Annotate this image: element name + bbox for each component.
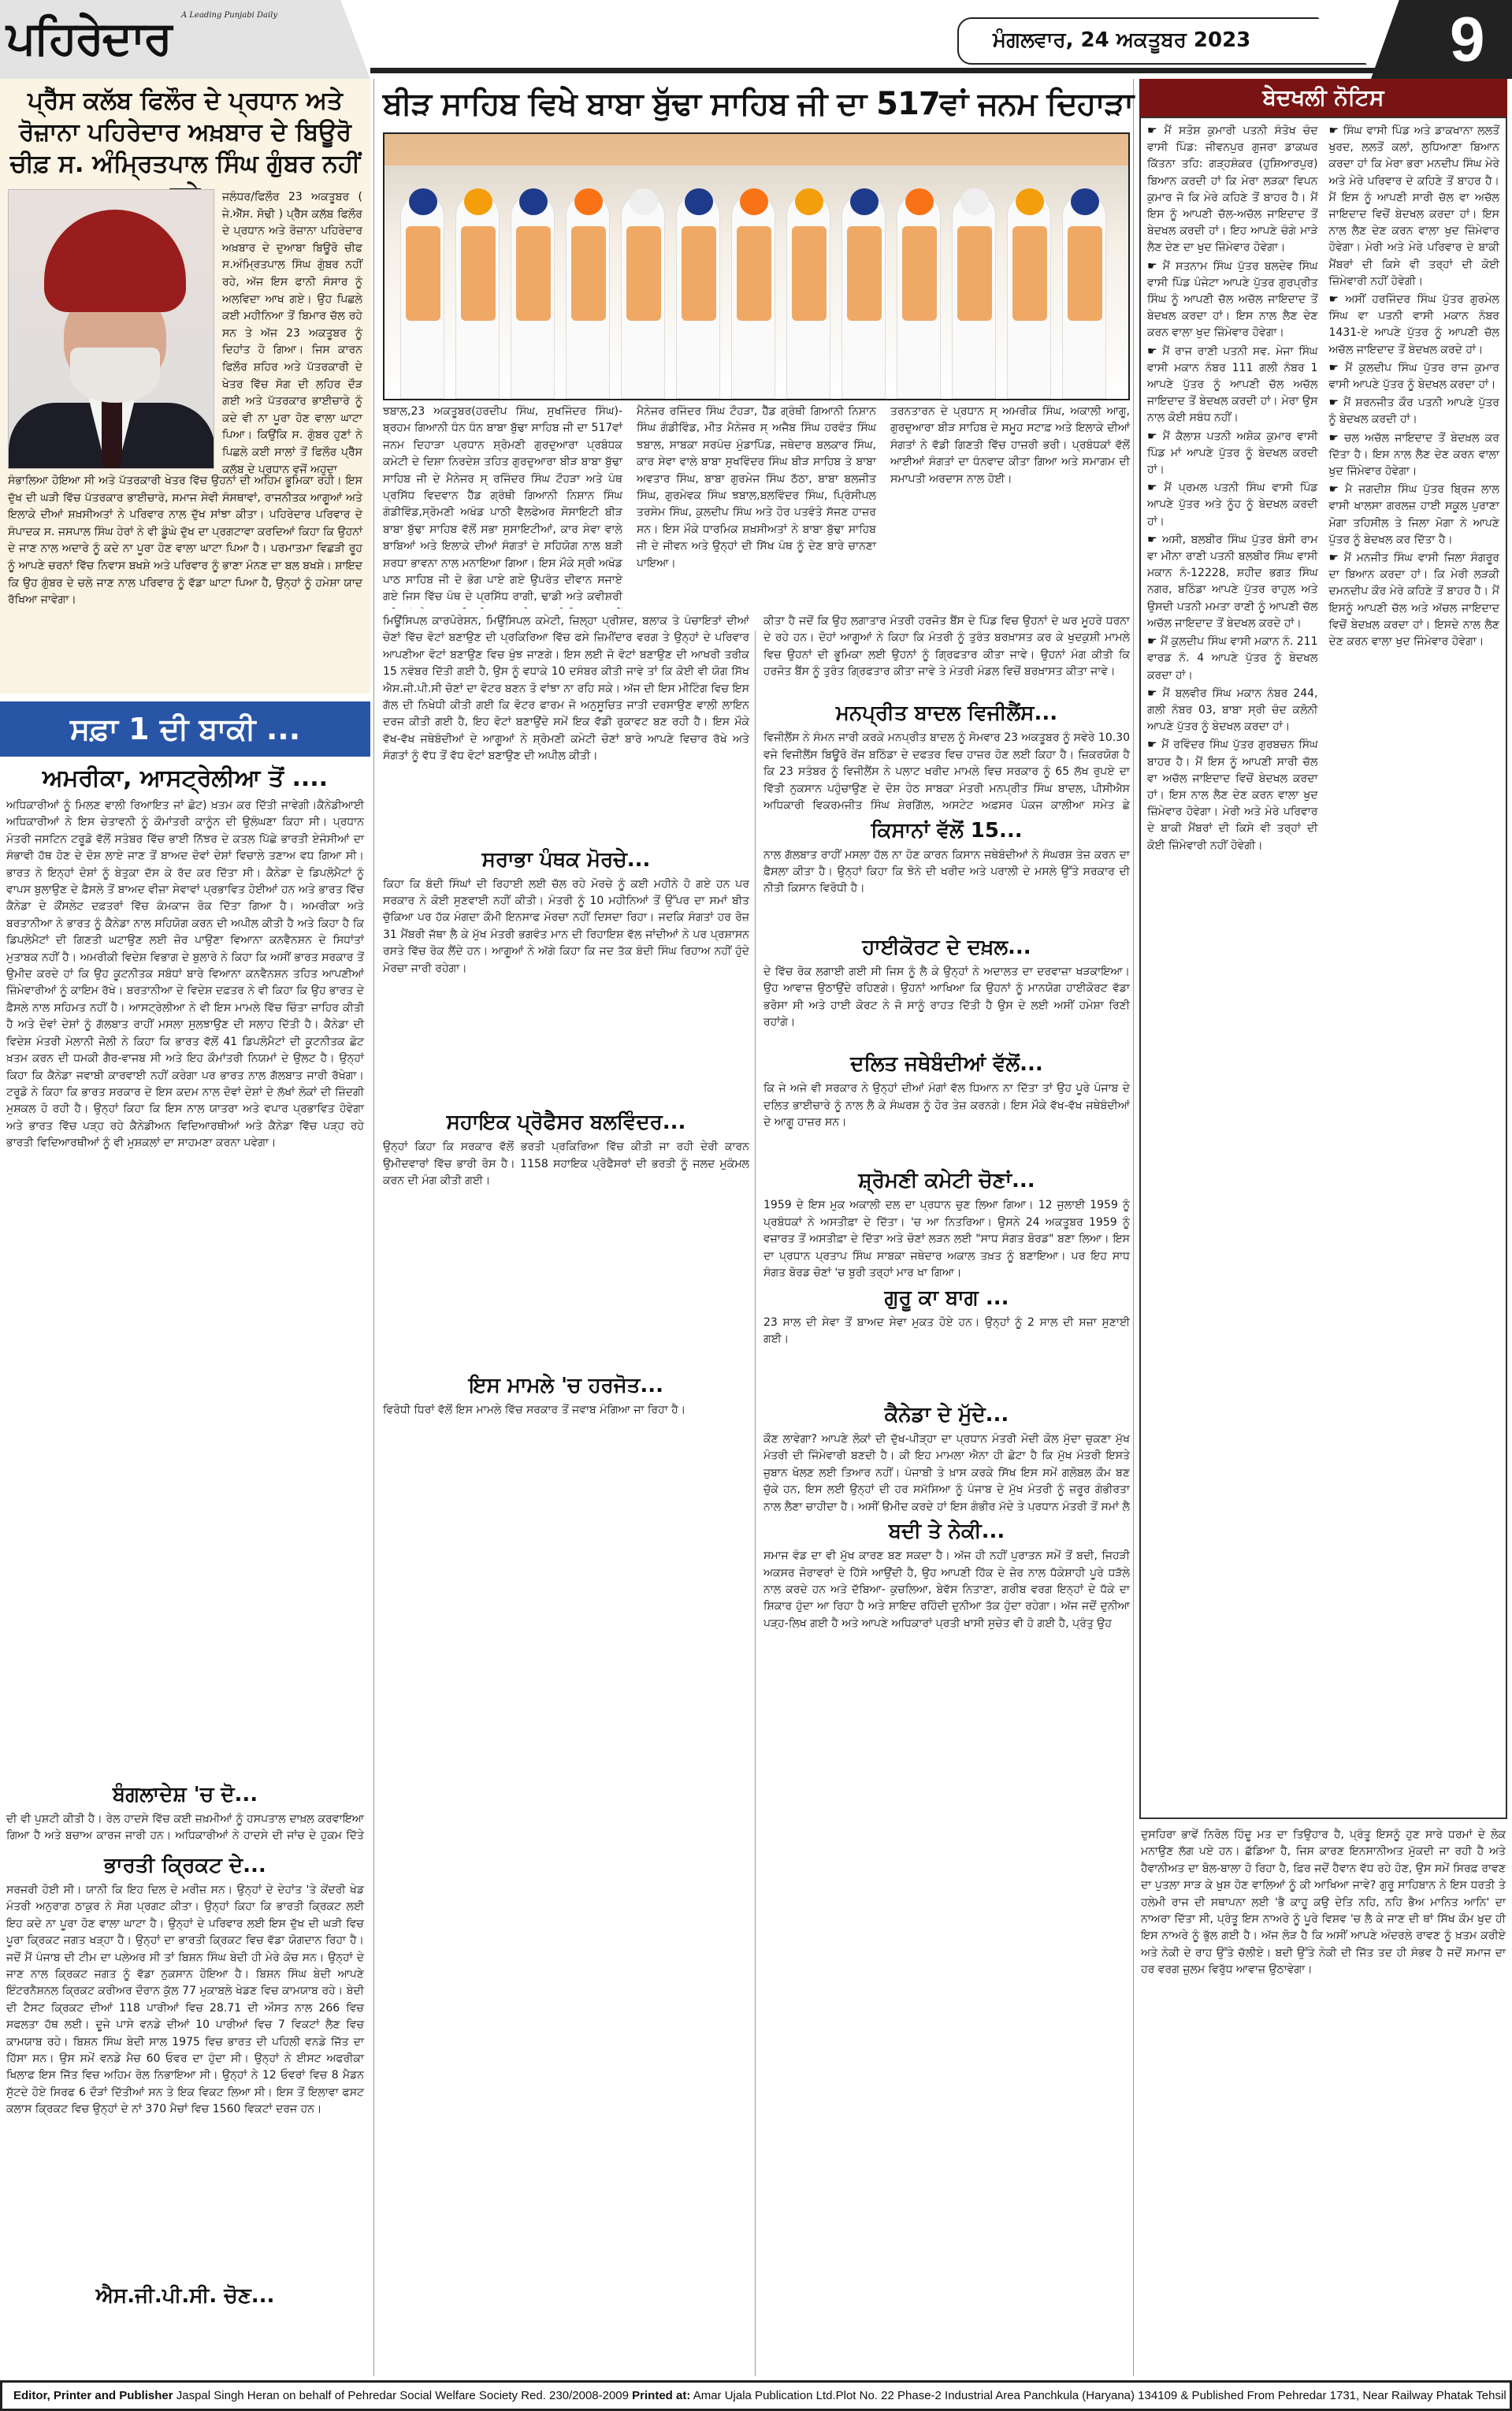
imprint-footer: Editor, Printer and Publisher Jaspal Sin… [0,2380,1512,2411]
notice-item: ਅਸੀ, ਬਲਬੀਰ ਸਿੰਘ ਪੁੱਤਰ ਬੰਸੀ ਰਾਮ ਵਾ ਮੀਨਾ ਰ… [1147,532,1318,632]
lead-body: ਝਬਾਲ,23 ਅਕਤੂਬਰ(ਹਰਦੀਪ ਸਿੰਘ, ਸੁਖਜਿੰਦਰ ਸਿੰਘ… [378,404,1135,608]
lead-body-col1: ਝਬਾਲ,23 ਅਕਤੂਬਰ(ਹਰਦੀਪ ਸਿੰਘ, ਸੁਖਜਿੰਦਰ ਸਿੰਘ… [383,404,622,608]
section-body: ਕਿਹਾ ਕਿ ਬੰਦੀ ਸਿੰਘਾਂ ਦੀ ਰਿਹਾਈ ਲਈ ਚੱਲ ਰਹੇ … [383,876,749,1103]
notices-heading: ਬੇਦਖਲੀ ਨੋਟਿਸ [1139,79,1507,117]
column-divider [373,79,374,2376]
section-body: 1959 ਦੇ ਇਸ ਮੁਕ ਅਕਾਲੀ ਦਲ ਦਾ ਪ੍ਰਧਾਨ ਚੁਣ ਲਿ… [763,1197,1130,1278]
footer-text: Amar Ujala Publication Ltd.Plot No. 22 P… [693,2389,1512,2402]
left-column: ਪ੍ਰੈੱਸ ਕਲੱਬ ਫਿਲੌਰ ਦੇ ਪ੍ਰਧਾਨ ਅਤੇ ਰੋਜ਼ਾਨਾ … [0,79,370,2312]
footer-text: Jaspal Singh Heran on behalf of Pehredar… [176,2389,629,2402]
notice-item: ਮੈਂ ਕੈਲਾਸ਼ ਪਤਨੀ ਅਸ਼ੋਕ ਕੁਮਾਰ ਵਾਸੀ ਪਿੰਡ ਮਾ… [1147,429,1318,479]
section-heading[interactable]: ਬਦੀ ਤੇ ਨੇਕੀ... [763,1516,1130,1546]
notice-item: ਮੈਂ ਪ੍ਰਮਲ ਪਤਨੀ ਸਿੰਘ ਵਾਸੀ ਪਿੰਡ ਆਪਣੇ ਪੁੱਤਰ… [1147,480,1318,530]
section-heading[interactable]: ਸਹਾਇਕ ਪ੍ਰੋਫੈਸਰ ਬਲਵਿੰਦਰ... [383,1107,749,1137]
continued-story: ਅਮਰੀਕਾ, ਆਸਟ੍ਰੇਲੀਆ ਤੋਂ .... ਅਧਿਕਾਰੀਆਂ ਨੂੰ… [0,761,370,1775]
continued-story: ਬੰਗਲਾਦੇਸ਼ 'ਚ ਦੋ... ਦੀ ਵੀ ਪੁਸ਼ਟੀ ਕੀਤੀ ਹੈ।… [0,1780,370,1846]
section-heading[interactable]: ਮਨਪ੍ਰੀਤ ਬਾਦਲ ਵਿਜੀਲੈਂਸ... [763,698,1130,728]
page-number: 9 [1450,3,1485,76]
lead-body-col2: ਮੈਨੇਜਰ ਰਜਿੰਦਰ ਸਿੰਘ ਟੌਹੜਾ, ਹੈੱਡ ਗ੍ਰੰਥੀ ਗਿ… [637,404,876,608]
section-body: ਕਿ ਜੇ ਅਜੇ ਵੀ ਸਰਕਾਰ ਨੇ ਉਨ੍ਹਾਂ ਦੀਆਂ ਮੰਗਾਂ … [763,1081,1130,1161]
section-body: ਉਨ੍ਹਾਂ ਕਿਹਾ ਕਿ ਸਰਕਾਰ ਵੱਲੋਂ ਭਰਤੀ ਪ੍ਰਕਿਰਿਆ… [383,1139,749,1366]
notice-item: ਮੈਂ ਰਾਜ ਰਾਣੀ ਪਤਨੀ ਸਵ. ਮੇਜਾ ਸਿੰਘ ਵਾਸੀ ਮਕਾ… [1147,344,1318,427]
section-body: ਦੇ ਵਿੱਚ ਰੋਕ ਲਗਾਈ ਗਈ ਸੀ ਜਿਸ ਨੂੰ ਲੈ ਕੇ ਉਨ੍… [763,964,1130,1044]
continued-story: ਐਸ.ਜੀ.ਪੀ.ਸੀ. ਚੋਣ... [0,2281,370,2311]
masthead-rule [370,68,1410,73]
section-body: ਦੀ ਵੀ ਪੁਸ਼ਟੀ ਕੀਤੀ ਹੈ। ਰੇਲ ਹਾਦਸੇ ਵਿੱਚ ਕਈ … [0,1811,370,1846]
section-heading[interactable]: ਸਰਾਭਾ ਪੰਥਕ ਮੋਰਚੇ... [383,845,749,875]
section-body: ਵਿਜੀਲੈਂਸ ਨੇ ਸੰਮਨ ਜਾਰੀ ਕਰਕੇ ਮਨਪ੍ਰੀਤ ਬਾਦਲ … [763,730,1130,810]
notice-item: ਅਸੀਂ ਹਰਜਿੰਦਰ ਸਿੰਘ ਪੁੱਤਰ ਗੁਰਮੇਲ ਸਿੰਘ ਵਾ ਪ… [1329,292,1500,359]
notices-box: ਮੈਂ ਸਤੋਸ਼ ਕੁਮਾਰੀ ਪਤਨੀ ਸੰਤੋਖ ਚੰਦ ਵਾਸੀ ਪਿੰ… [1139,117,1507,1819]
lead-body-col3: ਤਰਨਤਾਰਨ ਦੇ ਪ੍ਰਧਾਨ ਸ੍ ਅਮਰੀਕ ਸਿੰਘ, ਅਕਾਲੀ ਆ… [890,404,1130,608]
section-heading[interactable]: ਬੰਗਲਾਦੇਸ਼ 'ਚ ਦੋ... [0,1780,370,1810]
notice-item: ਮੈਂ ਕੁਲਦੀਪ ਸਿੰਘ ਪੁੱਤਰ ਰਾਜ ਕੁਮਾਰ ਵਾਸੀ ਆਪਣ… [1329,360,1500,393]
section-heading[interactable]: ਐਸ.ਜੀ.ਪੀ.ਸੀ. ਚੋਣ... [0,2281,370,2311]
notice-item: ਮੈਂ ਸਤੋਸ਼ ਕੁਮਾਰੀ ਪਤਨੀ ਸੰਤੋਖ ਚੰਦ ਵਾਸੀ ਪਿੰ… [1147,123,1318,257]
section-body: ਸਮਾਜ ਵੰਡ ਦਾ ਵੀ ਮੁੱਖ ਕਾਰਣ ਬਣ ਸਕਦਾ ਹੈ। ਅੱਜ… [763,1548,1130,1628]
notice-item: ਮੈਂ ਰਵਿੰਦਰ ਸਿੰਘ ਪੁੱਤਰ ਗੁਰਬਚਨ ਸਿੰਘ ਬਾਹਰ ਹ… [1147,737,1318,854]
notice-item: ਮੈ ਜਗਦੀਸ਼ ਸਿੰਘ ਪੁੱਤਰ ਬ੍ਰਿਜ ਲਾਲ ਵਾਸੀ ਖਾਲਸ… [1329,482,1500,549]
section-heading[interactable]: ਦਲਿਤ ਜਥੇਬੰਦੀਆਂ ਵੱਲੋਂ... [763,1049,1130,1079]
notices-column: ਬੇਦਖਲੀ ਨੋਟਿਸ ਮੈਂ ਸਤੋਸ਼ ਕੁਮਾਰੀ ਪਤਨੀ ਸੰਤੋਖ… [1135,79,1512,2363]
footer-label: Printed at: [632,2389,690,2402]
masthead: ਪਹਿਰੇਦਾਰ A Leading Punjabi Daily ਮੰਗਲਵਾਰ… [0,0,1512,79]
obituary-body-continued: ਸੰਭਾਲਿਆ ਹੋਇਆ ਸੀ ਅਤੇ ਪੱਤਰਕਾਰੀ ਖੇਤਰ ਵਿੱਚ ਉ… [8,473,362,609]
notice-item: ਮੈਂ ਸਤਨਾਮ ਸਿੰਘ ਪੁੱਤਰ ਬਲਦੇਵ ਸਿੰਘ ਵਾਸੀ ਪਿੰ… [1147,259,1318,342]
section-heading[interactable]: ਇਸ ਮਾਮਲੇ 'ਚ ਹਰਜੋਤ... [383,1371,749,1401]
center-left-subcolumn: ਮਿਊਂਸਿਪਲ ਕਾਰਪੋਰੇਸ਼ਨ, ਮਿਉਂਸਿਪਲ ਕਮੇਟੀ, ਜ਼ਿ… [383,613,749,1628]
section-heading[interactable]: ਭਾਰਤੀ ਕ੍ਰਿਕਟ ਦੇ... [0,1851,370,1881]
page-number-background [1371,0,1512,79]
notice-item: ਮੈਂ ਮਨਜੀਤ ਸਿੰਘ ਵਾਸੀ ਜਿਲਾ ਸੰਗਰੂਰ ਦਾ ਬਿਆਨ … [1329,550,1500,650]
lead-photo [383,132,1130,400]
notice-item: ਮੈਂ ਸ਼ਰਨਜੀਤ ਕੌਰ ਪਤਨੀ ਆਪਣੇ ਪੁੱਤਰ ਨੂੰ ਬੇਦਖ… [1329,395,1500,428]
section-heading[interactable]: ਹਾਈਕੋਰਟ ਦੇ ਦਖ਼ਲ... [763,932,1130,962]
section-heading[interactable]: ਕੈਨੇਡਾ ਦੇ ਮੁੱਦੇ... [763,1400,1130,1430]
notice-item: ਮੈਂ ਬਲਵੀਰ ਸਿੰਘ ਮਕਾਨ ਨੰਬਰ 244, ਗਲੀ ਨੰਬਰ 0… [1147,686,1318,736]
notices-col2: ਸਿੰਘ ਵਾਸੀ ਪਿੰਡ ਅਤੇ ਡਾਕਖਾਨਾ ਲਲਤੋਂ ਖੁਰਦ, ਲ… [1329,123,1500,1813]
section-heading[interactable]: ਅਮਰੀਕਾ, ਆਸਟ੍ਰੇਲੀਆ ਤੋਂ .... [0,761,370,796]
obituary-photo [8,189,214,469]
section-body: ਕੌਣ ਲਾਵੇਗਾ? ਆਪਣੇ ਲੋਕਾਂ ਦੀ ਦੁੱਖ-ਪੀੜ੍ਹਾ ਦਾ… [763,1431,1130,1512]
section-body: ਨਾਲ ਗੱਲਬਾਤ ਰਾਹੀਂ ਮਸਲਾ ਹੱਲ ਨਾ ਹੋਣ ਕਾਰਨ ਕਿ… [763,847,1130,928]
tagline: A Leading Punjabi Daily [181,11,277,20]
center-column: ਬੀੜ ਸਾਹਿਬ ਵਿਖੇ ਬਾਬਾ ਬੁੱਢਾ ਸਾਹਿਬ ਜੀ ਦਾ 51… [378,79,1135,1628]
section-heading[interactable]: ਗੁਰੂ ਕਾ ਬਾਗ ... [763,1283,1130,1313]
lead-headline[interactable]: ਬੀੜ ਸਾਹਿਬ ਵਿਖੇ ਬਾਬਾ ਬੁੱਢਾ ਸਾਹਿਬ ਜੀ ਦਾ 51… [378,79,1135,129]
footer-label: Publisher [119,2389,173,2402]
obituary-body: ਜਲੰਧਰ/ਫਿਲੌਰ 23 ਅਕਤੂਬਰ ( ਜੇ.ਐੱਸ. ਸੋਢੀ ) ਪ… [222,189,362,478]
issue-date: ਮੰਗਲਵਾਰ, 24 ਅਕਤੂਬਰ 2023 [993,28,1250,53]
footer-label: Editor, Printer and [13,2389,116,2402]
section-body: 23 ਸਾਲ ਦੀ ਸੇਵਾ ਤੋਂ ਬਾਅਦ ਸੇਵਾ ਮੁਕਤ ਹੋਏ ਹਨ… [763,1315,1130,1395]
section-body: ਕੀਤਾ ਹੈ ਜਦੋਂ ਕਿ ਉਹ ਲਗਾਤਾਰ ਮੰਤਰੀ ਹਰਜੋਤ ਬੈ… [763,613,1130,694]
notices-col1: ਮੈਂ ਸਤੋਸ਼ ਕੁਮਾਰੀ ਪਤਨੀ ਸੰਤੋਖ ਚੰਦ ਵਾਸੀ ਪਿੰ… [1147,123,1318,1813]
editorial-continuation: ਦੁਸਹਿਰਾ ਭਾਵੇਂ ਨਿਰੋਲ ਹਿੰਦੂ ਮਤ ਦਾ ਤਿਉਹਾਰ ਹ… [1135,1827,1512,2363]
continued-story: ਭਾਰਤੀ ਕ੍ਰਿਕਟ ਦੇ... ਸਰਜਰੀ ਹੋਈ ਸੀ। ਯਾਨੀ ਕਿ… [0,1851,370,2276]
continuation-banner: ਸਫ਼ਾ 1 ਦੀ ਬਾਕੀ ... [0,701,370,757]
section-heading[interactable]: ਸ਼੍ਰੋਮਣੀ ਕਮੇਟੀ ਚੋਣਾਂ... [763,1166,1130,1196]
notice-item: ਮੈਂ ਕੁਲਦੀਪ ਸਿੰਘ ਵਾਸੀ ਮਕਾਨ ਨੰ. 211 ਵਾਰਡ ਨ… [1147,634,1318,684]
section-body: ਵਿਰੋਧੀ ਧਿਰਾਂ ਵੱਲੋਂ ਇਸ ਮਾਮਲੇ ਵਿੱਚ ਸਰਕਾਰ ਤ… [383,1402,749,1629]
section-body: ਅਧਿਕਾਰੀਆਂ ਨੂੰ ਮਿਲਣ ਵਾਲੀ ਰਿਆਇਤ ਜਾਂ ਛੋਟ) ਖ… [0,798,370,1775]
notice-item: ਸਿੰਘ ਵਾਸੀ ਪਿੰਡ ਅਤੇ ਡਾਕਖਾਨਾ ਲਲਤੋਂ ਖੁਰਦ, ਲ… [1329,123,1500,290]
newspaper-logo[interactable]: ਪਹਿਰੇਦਾਰ [6,11,171,65]
notice-item: ਚਲ ਅਚੱਲ ਜਾਇਦਾਦ ਤੋਂ ਬੇਦਖ਼ਲ ਕਰ ਦਿੱਤਾ ਹੈ। ਇ… [1329,430,1500,481]
section-body: ਸਰਜਰੀ ਹੋਈ ਸੀ। ਯਾਨੀ ਕਿ ਇਹ ਦਿਲ ਦੇ ਮਰੀਜ਼ ਸਨ… [0,1882,370,2276]
obituary-article: ਪ੍ਰੈੱਸ ਕਲੱਬ ਫਿਲੌਰ ਦੇ ਪ੍ਰਧਾਨ ਅਤੇ ਰੋਜ਼ਾਨਾ … [0,79,370,694]
center-right-subcolumn: ਕੀਤਾ ਹੈ ਜਦੋਂ ਕਿ ਉਹ ਲਗਾਤਾਰ ਮੰਤਰੀ ਹਰਜੋਤ ਬੈ… [763,613,1130,1628]
section-body: ਮਿਊਂਸਿਪਲ ਕਾਰਪੋਰੇਸ਼ਨ, ਮਿਉਂਸਿਪਲ ਕਮੇਟੀ, ਜ਼ਿ… [383,613,749,840]
section-heading[interactable]: ਕਿਸਾਨਾਂ ਵੱਲੋਂ 15... [763,816,1130,846]
